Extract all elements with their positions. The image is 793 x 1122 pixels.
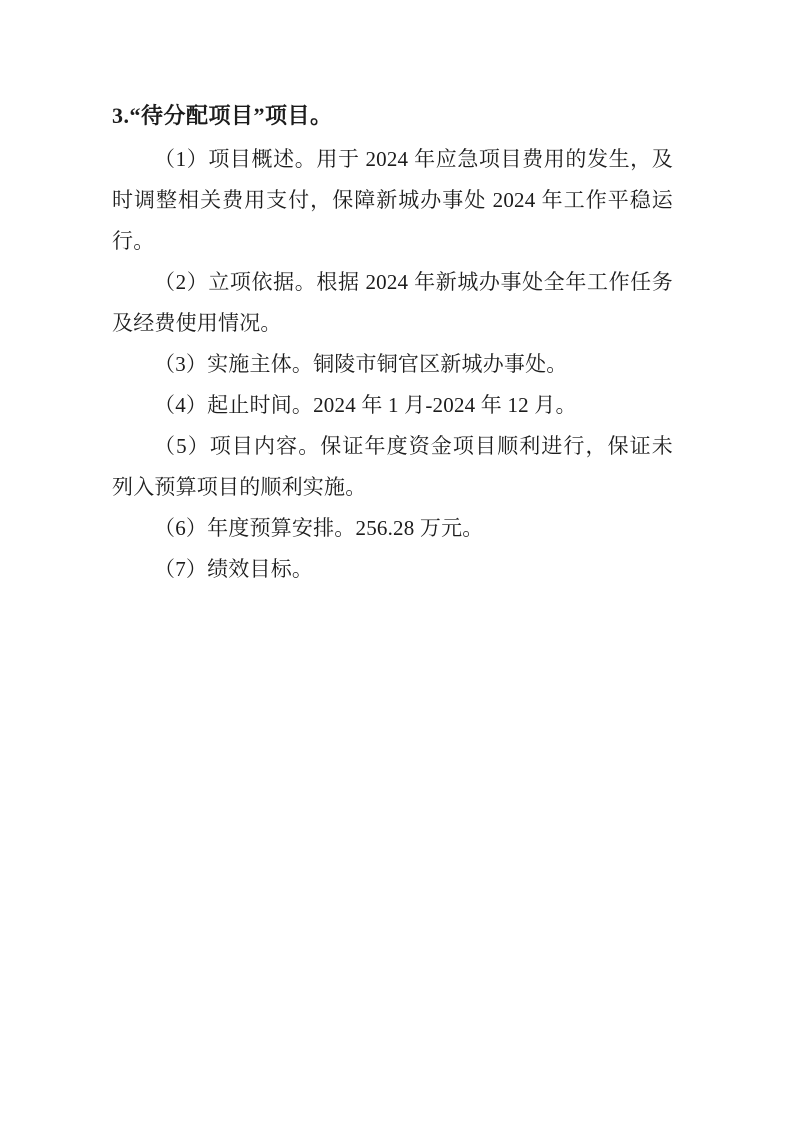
paragraph-implementing-body: （3）实施主体。铜陵市铜官区新城办事处。	[112, 344, 673, 385]
paragraph-time-range: （4）起止时间。2024 年 1 月-2024 年 12 月。	[112, 385, 673, 426]
document-content: 3.“待分配项目”项目。 （1）项目概述。用于 2024 年应急项目费用的发生，…	[112, 95, 673, 590]
paragraph-project-overview: （1）项目概述。用于 2024 年应急项目费用的发生，及时调整相关费用支付，保障…	[112, 139, 673, 262]
section-heading: 3.“待分配项目”项目。	[112, 95, 673, 136]
paragraph-project-content: （5）项目内容。保证年度资金项目顺利进行，保证未列入预算项目的顺利实施。	[112, 426, 673, 508]
paragraph-annual-budget: （6）年度预算安排。256.28 万元。	[112, 508, 673, 549]
paragraph-performance-goal: （7）绩效目标。	[112, 549, 673, 590]
document-page: 3.“待分配项目”项目。 （1）项目概述。用于 2024 年应急项目费用的发生，…	[0, 0, 793, 1122]
paragraph-project-basis: （2）立项依据。根据 2024 年新城办事处全年工作任务及经费使用情况。	[112, 262, 673, 344]
